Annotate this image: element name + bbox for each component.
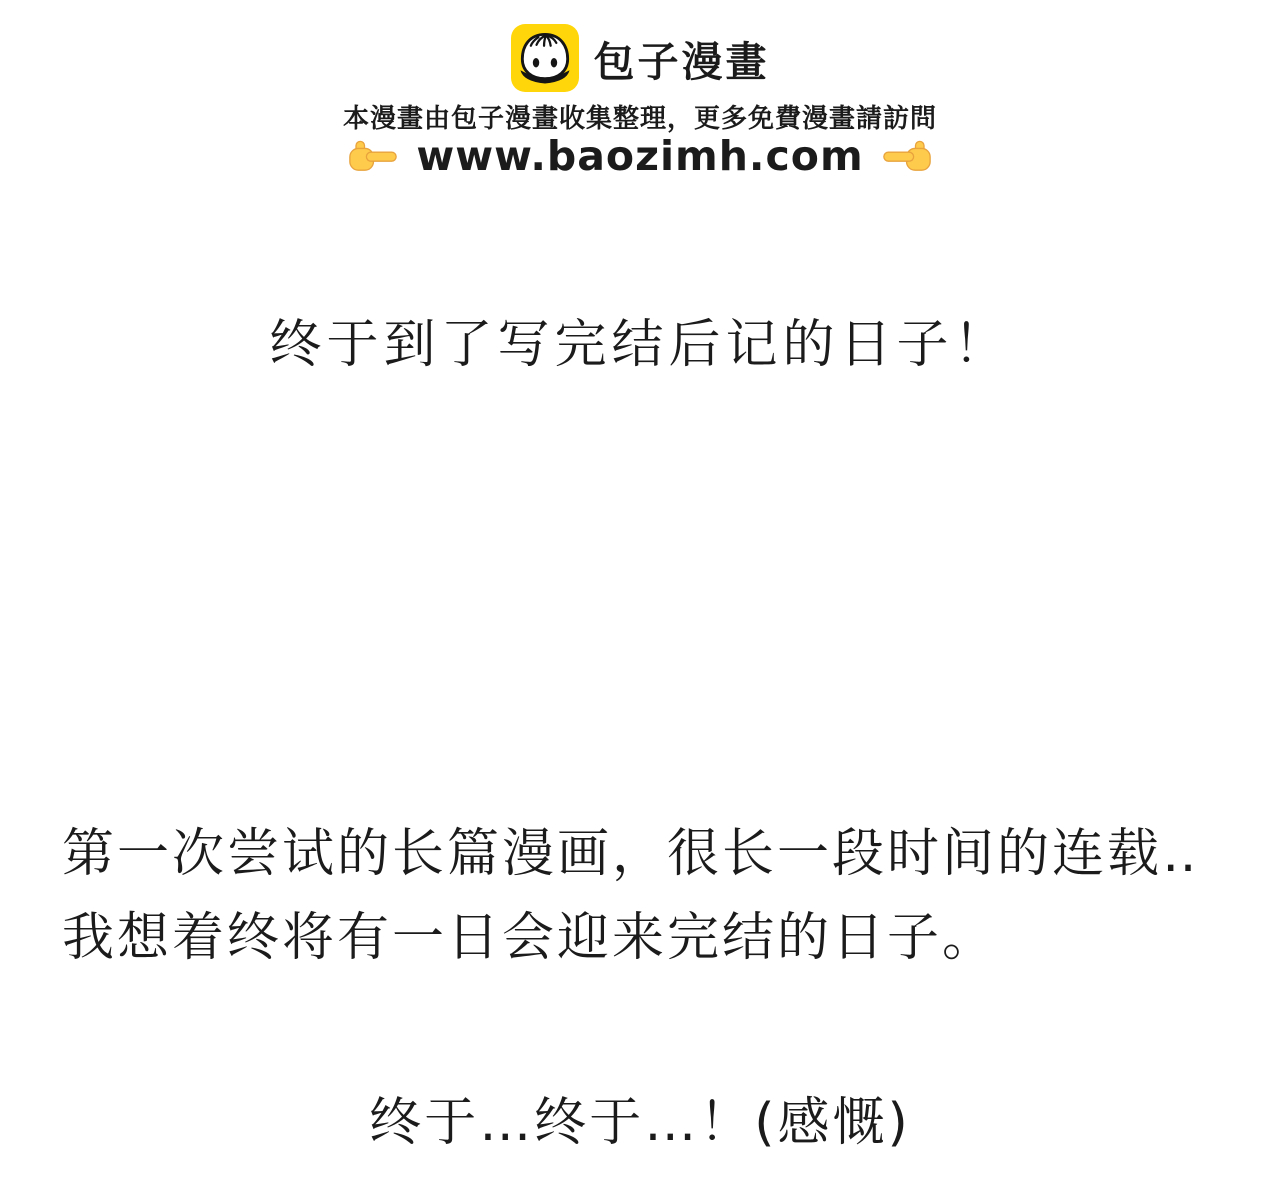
pointing-right-icon (348, 139, 398, 173)
site-url-link[interactable]: www.baozimh.com (416, 132, 863, 180)
afterword-paragraph: 第一次尝试的长篇漫画，很长一段时间的连载‥ 我想着终将有一日会迎来完结的日子。 (62, 812, 1200, 980)
closing-exclamation: 终于…终于…！(感慨) (0, 1080, 1280, 1155)
site-url-row: www.baozimh.com (0, 132, 1280, 180)
brand-name: 包子漫畫 (594, 29, 770, 88)
paragraph-line-1: 第一次尝试的长篇漫画，很长一段时间的连载‥ (62, 812, 1200, 896)
manga-afterword-page: 包子漫畫 本漫畫由包子漫畫收集整理，更多免費漫畫請訪問 www.baozimh.… (0, 0, 1280, 1200)
brand-header: 包子漫畫 (0, 24, 1280, 92)
pointing-left-icon (882, 139, 932, 173)
collection-notice: 本漫畫由包子漫畫收集整理，更多免費漫畫請訪問 (0, 98, 1280, 135)
afterword-title: 终于到了写完结后记的日子！ (0, 302, 1280, 377)
baozi-logo-icon (511, 24, 579, 92)
paragraph-line-2: 我想着终将有一日会迎来完结的日子。 (62, 896, 1200, 980)
